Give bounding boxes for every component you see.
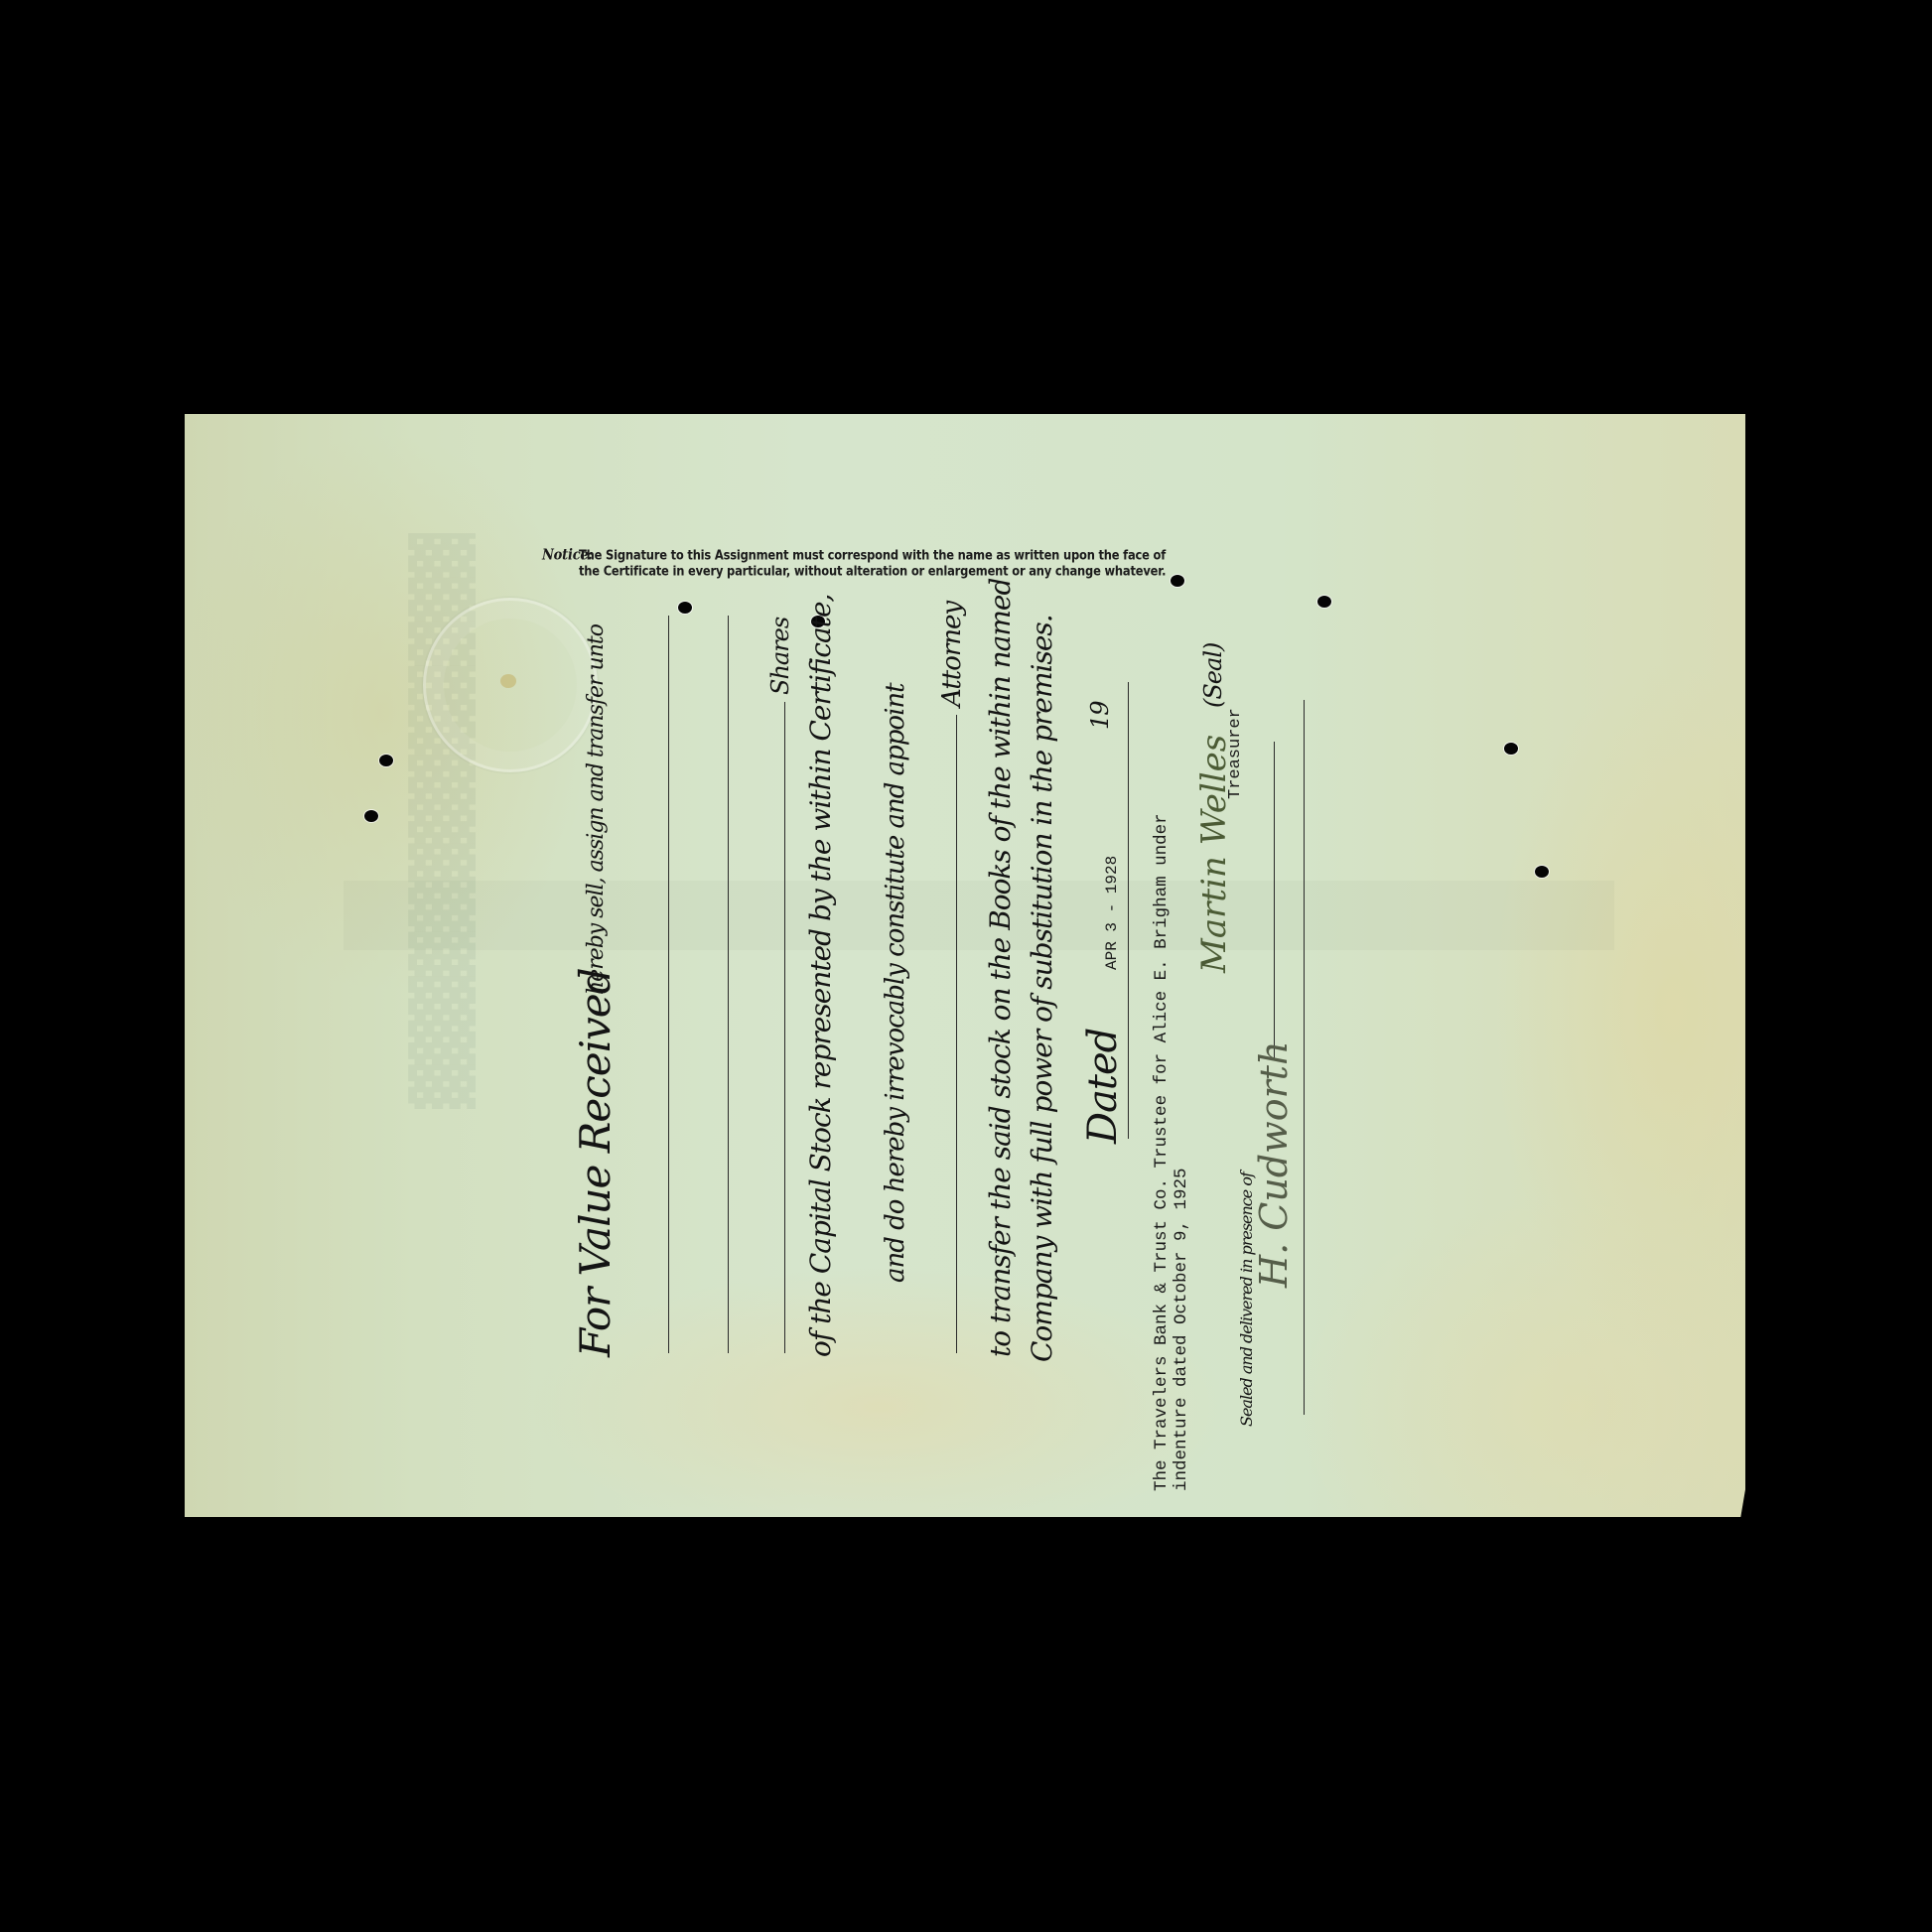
- seal-stain: [500, 674, 516, 688]
- attorney-line: [956, 715, 957, 1353]
- transferee-line: [668, 616, 669, 1353]
- punch-hole: [364, 810, 378, 822]
- notice-line-2: the Certificate in every particular, wit…: [579, 563, 1254, 579]
- punch-hole: [1317, 596, 1331, 608]
- assignor-line-2: indenture dated October 9, 1925: [1173, 1168, 1191, 1491]
- hereby-sell-text: hereby sell, assign and transfer unto: [586, 624, 608, 995]
- transferee-line-2: [728, 616, 729, 1353]
- notice-line-1: The Signature to this Assignment must co…: [579, 547, 1254, 563]
- dated-value: APR 3 - 1928: [1104, 856, 1120, 970]
- dated-label: Dated: [1083, 1029, 1123, 1144]
- date-line: [1128, 682, 1129, 1139]
- punch-hole: [1504, 743, 1518, 755]
- certificate-paper: ▓▓▓▓▓▓▓▓▓▓▓▓▓ Notice: The Signature to t…: [185, 414, 1745, 1517]
- company-text: Company with full power of substitution …: [1029, 615, 1056, 1362]
- punch-hole: [379, 755, 393, 766]
- witness-signature: H. Cudworth: [1255, 1041, 1293, 1288]
- punch-hole: [678, 602, 692, 614]
- witness-line: [1304, 1127, 1305, 1415]
- shares-label: Shares: [768, 618, 792, 695]
- transfer-text: to transfer the said stock on the Books …: [987, 579, 1015, 1357]
- constitute-text: and do hereby irrevocably constitute and…: [883, 683, 908, 1283]
- year-prefix: 19: [1088, 701, 1112, 730]
- punch-hole: [1535, 866, 1549, 878]
- signature-line-1: [1274, 742, 1275, 1059]
- shares-line: [784, 702, 785, 1353]
- notice-label: Notice:: [542, 548, 593, 564]
- attorney-label: Attorney: [939, 602, 965, 707]
- for-value-received: For Value Received: [575, 968, 617, 1357]
- assignor-line-1: The Travelers Bank & Trust Co. Trustee f…: [1154, 813, 1172, 1491]
- capital-stock-text: of the Capital Stock represented by the …: [807, 595, 835, 1357]
- signature-line: [1304, 700, 1305, 1198]
- seal-label: (Seal): [1201, 643, 1225, 708]
- ghost-band: [344, 881, 1614, 950]
- notice: Notice: The Signature to this Assignment…: [579, 547, 1254, 579]
- treasurer-title: Treasurer: [1227, 708, 1244, 799]
